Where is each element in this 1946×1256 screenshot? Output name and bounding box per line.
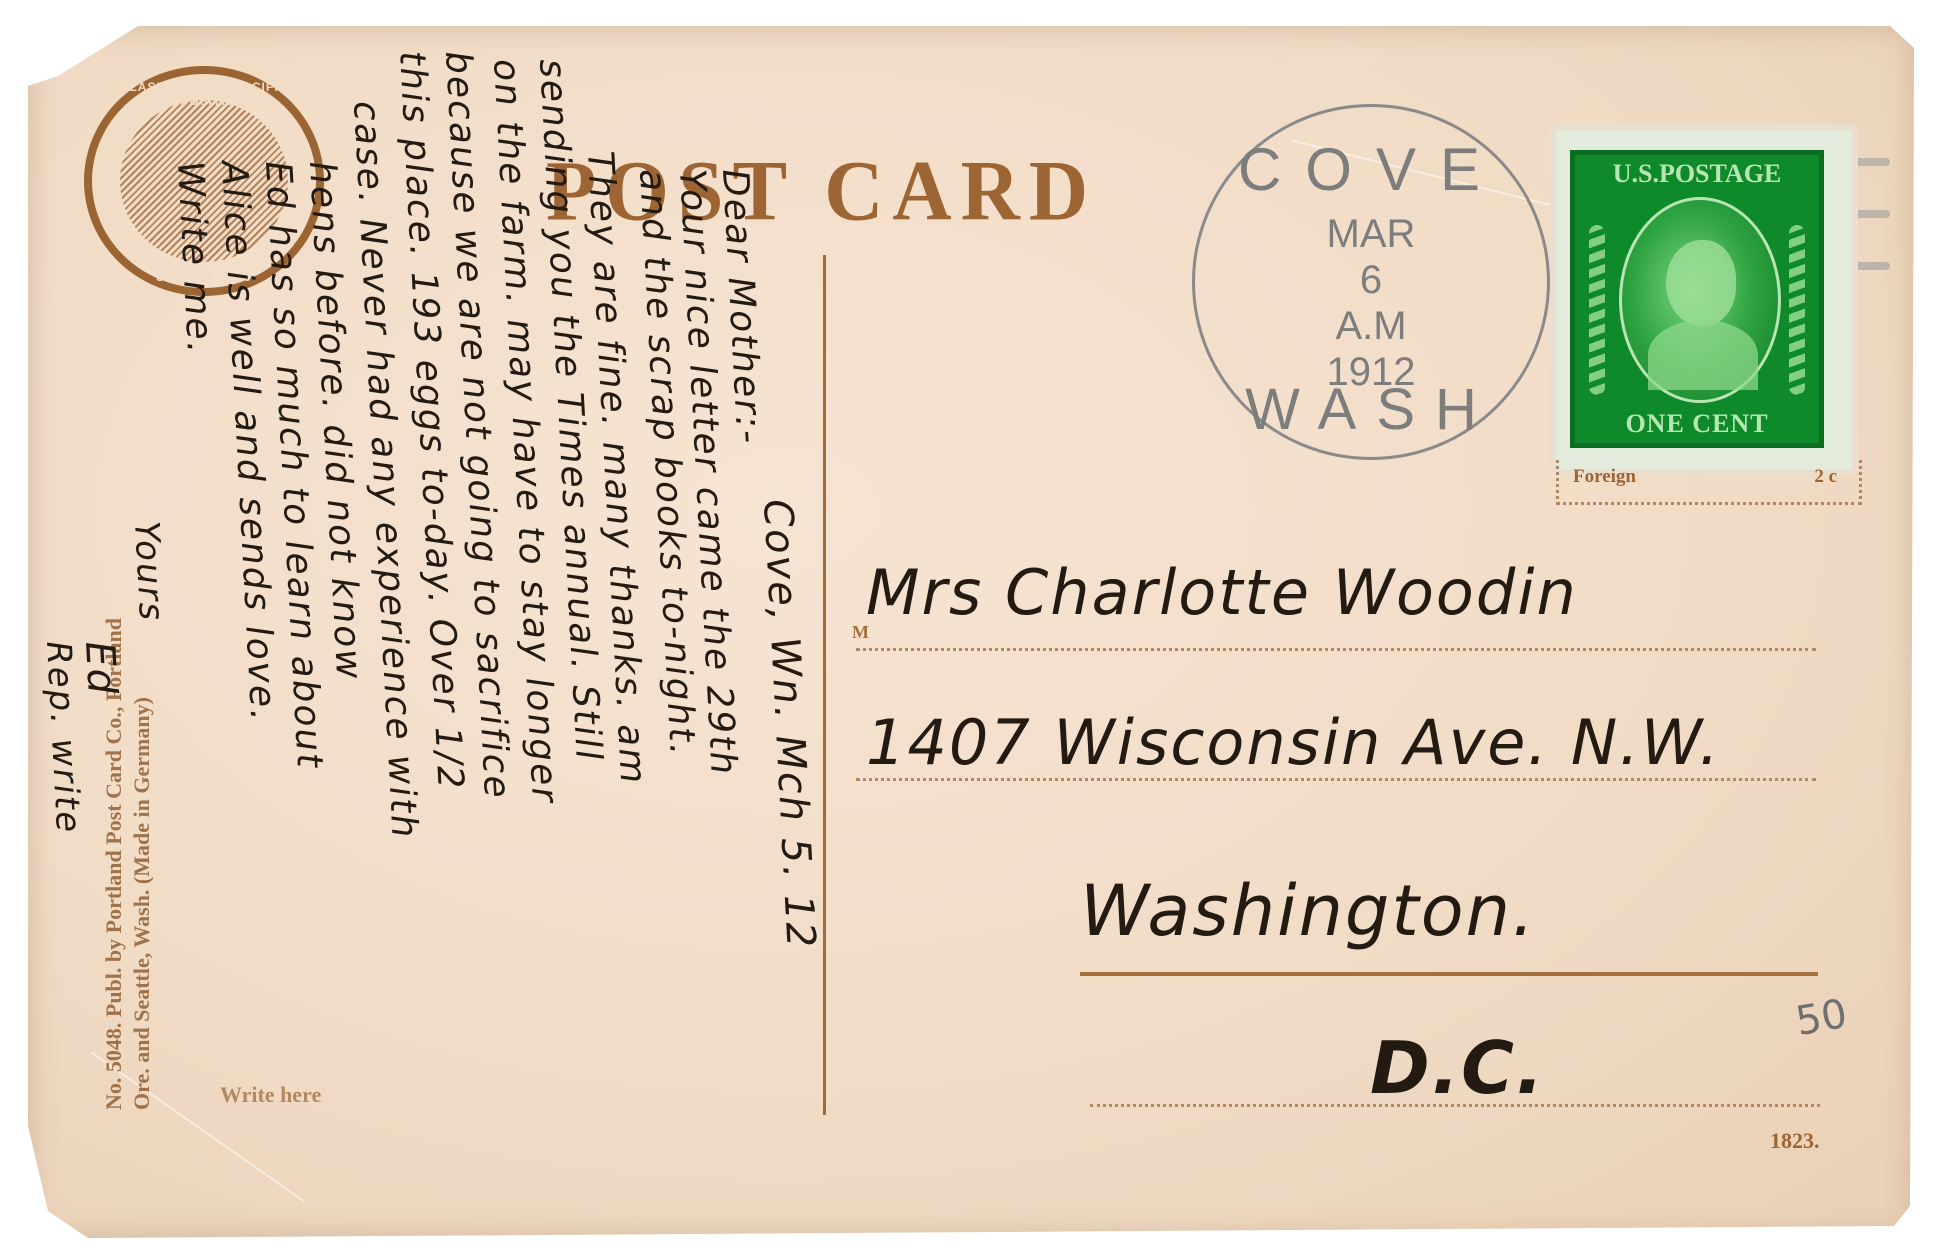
postmark-state: WASH	[1195, 376, 1547, 443]
address-rule	[856, 776, 1816, 781]
cross-written-note: Ed	[76, 640, 125, 697]
postage-stamp: U.S.POSTAGE ONE CENT	[1556, 130, 1852, 470]
cross-written-note: Yours	[126, 520, 171, 623]
publisher-line-2: Ore. and Seattle, Wash. (Made in Germany…	[128, 618, 156, 1110]
address-rule	[1090, 1102, 1820, 1107]
portrait-body	[1648, 320, 1758, 390]
stamp-bottom-text: ONE CENT	[1583, 409, 1811, 439]
address-rule	[856, 646, 1816, 651]
post-card-title: POST CARD	[546, 148, 1097, 234]
write-here-label: Write here	[220, 1082, 321, 1108]
stamp-frame: U.S.POSTAGE ONE CENT	[1570, 150, 1824, 448]
seal-top-text: ALASKA-YUKON-PACIFIC EXPOSITION	[92, 80, 316, 108]
portrait-head	[1666, 240, 1736, 326]
postmark-time: A.M	[1195, 303, 1547, 349]
stamp-top-text: U.S.POSTAGE	[1583, 159, 1811, 189]
franklin-portrait-icon	[1619, 197, 1781, 403]
address-line-4: D.C.	[1370, 1026, 1545, 1110]
postmark-cancel: COVE MAR 6 A.M 1912 WASH	[1192, 104, 1550, 460]
pencil-price-note: 50	[1792, 991, 1850, 1045]
address-line-1: Mrs Charlotte Woodin	[866, 556, 1578, 629]
foreign-rate-label: Foreign	[1573, 466, 1636, 488]
laurel-right-icon	[1789, 225, 1805, 395]
postmark-day: 6	[1195, 257, 1547, 303]
address-line-3: Washington.	[1080, 870, 1536, 952]
card-serial-number: 1823.	[1770, 1128, 1820, 1154]
postmark-month: MAR	[1195, 211, 1547, 257]
postmark-date: MAR 6 A.M 1912	[1195, 211, 1547, 395]
address-rule	[1080, 970, 1818, 976]
center-divider	[823, 255, 826, 1115]
stamp-placement-box: Foreign 2 c	[1556, 460, 1862, 505]
foreign-rate-value: 2 c	[1814, 466, 1837, 488]
laurel-left-icon	[1589, 225, 1605, 395]
address-line-2: 1407 Wisconsin Ave. N.W.	[866, 706, 1721, 779]
postmark-town: COVE	[1195, 135, 1547, 204]
